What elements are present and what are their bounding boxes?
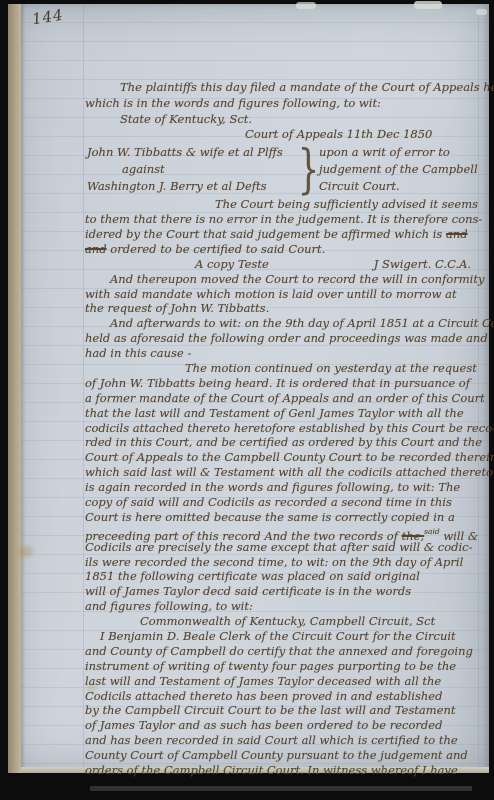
manuscript-line: rded in this Court, and be certified as … bbox=[85, 435, 485, 450]
opening-paragraph: The plaintiffs this day filed a mandate … bbox=[85, 80, 485, 143]
manuscript-segment: J Swigert. C.C.A. bbox=[374, 257, 471, 271]
manuscript-line: And afterwards to wit: on the 9th day of… bbox=[85, 316, 485, 331]
body-paragraphs: The Court being sufficiently advised it … bbox=[85, 197, 485, 778]
manuscript-segment: last will and Testament of James Taylor … bbox=[85, 674, 441, 688]
manuscript-segment: the request of John W. Tibbatts. bbox=[85, 301, 269, 315]
manuscript-line: And thereupon moved the Court to record … bbox=[85, 272, 485, 287]
case-caption: John W. Tibbatts & wife et al Plffs agai… bbox=[85, 144, 485, 195]
manuscript-line: The Court being sufficiently advised it … bbox=[85, 197, 485, 212]
manuscript-line: and figures following, to wit: bbox=[85, 599, 485, 614]
manuscript-line: Codicils attached thereto has been prove… bbox=[85, 689, 485, 704]
manuscript-line: Court is here omitted because the same i… bbox=[85, 510, 485, 525]
manuscript-segment: The plaintiffs this day filed a mandate … bbox=[120, 80, 494, 94]
manuscript-line: codicils attached thereto heretofore est… bbox=[85, 421, 485, 436]
manuscript-segment: and figures following, to wit: bbox=[85, 599, 253, 613]
manuscript-line: idered by the Court that said judgement … bbox=[85, 227, 485, 242]
manuscript-segment: instrument of writing of twenty four pag… bbox=[85, 659, 456, 673]
manuscript-line: to them that there is no error in the ju… bbox=[85, 212, 485, 227]
manuscript-line: The plaintiffs this day filed a mandate … bbox=[85, 80, 485, 96]
manuscript-line: State of Kentucky, Sct. bbox=[85, 112, 485, 128]
manuscript-segment: had in this cause - bbox=[85, 346, 191, 360]
manuscript-line: had in this cause - bbox=[85, 346, 485, 361]
case-caption-court-note: upon a writ of error to judgement of the… bbox=[319, 144, 478, 195]
manuscript-segment: copy of said will and Codicils as record… bbox=[85, 495, 452, 509]
manuscript-segment: Commonwealth of Kentucky, Campbell Circu… bbox=[140, 614, 435, 628]
caption-right-line: judgement of the Campbell bbox=[319, 161, 478, 178]
paper-edge-highlight bbox=[414, 1, 442, 9]
manuscript-line: with said mandate which motion is laid o… bbox=[85, 287, 485, 302]
manuscript-segment: of James Taylor and as such has been ord… bbox=[85, 718, 442, 732]
manuscript-line: last will and Testament of James Taylor … bbox=[85, 674, 485, 689]
manuscript-line: of John W. Tibbatts being heard. It is o… bbox=[85, 376, 485, 391]
photo-backdrop-edge bbox=[90, 786, 472, 791]
manuscript-line: orders of the Campbell Circuit Court. In… bbox=[85, 763, 485, 778]
manuscript-line: and County of Campbell do certify that t… bbox=[85, 644, 485, 659]
manuscript-segment: a former mandate of the Court of Appeals… bbox=[85, 391, 485, 405]
manuscript-segment: of John W. Tibbatts being heard. It is o… bbox=[85, 376, 470, 390]
manuscript-line: the request of John W. Tibbatts. bbox=[85, 301, 485, 316]
manuscript-line: ils were recorded the second time, to wi… bbox=[85, 555, 485, 570]
manuscript-line: by the Campbell Circuit Court to be the … bbox=[85, 703, 485, 718]
manuscript-segment: I Benjamin D. Beale Clerk of the Circuit… bbox=[100, 629, 456, 643]
manuscript-text: The plaintiffs this day filed a mandate … bbox=[85, 80, 485, 778]
manuscript-line: that the last will and Testament of Genl… bbox=[85, 406, 485, 421]
manuscript-line: 1851 the following certificate was place… bbox=[85, 569, 485, 584]
manuscript-segment: 1851 the following certificate was place… bbox=[85, 569, 420, 583]
manuscript-line: Court of Appeals 11th Dec 1850 bbox=[85, 127, 485, 143]
manuscript-segment: ils were recorded the second time, to wi… bbox=[85, 555, 463, 569]
manuscript-page: 144 The plaintiffs this day filed a mand… bbox=[8, 4, 489, 773]
manuscript-segment: is again recorded in the words and figur… bbox=[85, 480, 460, 494]
case-caption-brace: } bbox=[298, 140, 320, 200]
manuscript-segment: with said mandate which motion is laid o… bbox=[85, 287, 457, 301]
caption-right-line: upon a writ of error to bbox=[319, 144, 478, 161]
manuscript-segment: and County of Campbell do certify that t… bbox=[85, 644, 473, 658]
manuscript-segment: And afterwards to wit: on the 9th day of… bbox=[110, 316, 494, 330]
manuscript-segment: Codicils are precisely the same except t… bbox=[85, 540, 473, 554]
manuscript-segment: A copy Teste bbox=[195, 257, 269, 271]
manuscript-line: County Court of Campbell County pursuant… bbox=[85, 748, 485, 763]
manuscript-segment: Court of Appeals 11th Dec 1850 bbox=[245, 127, 432, 141]
manuscript-line: copy of said will and Codicils as record… bbox=[85, 495, 485, 510]
against-label: against bbox=[87, 161, 297, 178]
manuscript-line: The motion continued on yesterday at the… bbox=[85, 361, 485, 376]
manuscript-segment: codicils attached thereto heretofore est… bbox=[85, 421, 494, 435]
manuscript-segment: ordered to be certified to said Court. bbox=[107, 242, 326, 256]
manuscript-line: of James Taylor and as such has been ord… bbox=[85, 718, 485, 733]
manuscript-segment: rded in this Court, and be certified as … bbox=[85, 435, 482, 449]
manuscript-segment: Codicils attached thereto has been prove… bbox=[85, 689, 442, 703]
manuscript-segment: County Court of Campbell County pursuant… bbox=[85, 748, 468, 762]
manuscript-segment: Court is here omitted because the same i… bbox=[85, 510, 455, 524]
manuscript-line: which said last will & Testament with al… bbox=[85, 465, 485, 480]
paper-stain bbox=[18, 546, 33, 557]
manuscript-segment: The Court being sufficiently advised it … bbox=[215, 197, 478, 211]
margin-line-left bbox=[83, 4, 84, 773]
manuscript-line: A copy TesteJ Swigert. C.C.A. bbox=[85, 257, 485, 272]
manuscript-segment: and has been recorded in said Court all … bbox=[85, 733, 458, 747]
manuscript-segment-sup: said bbox=[424, 527, 440, 536]
manuscript-segment: to them that there is no error in the ju… bbox=[85, 212, 482, 226]
manuscript-segment: The motion continued on yesterday at the… bbox=[185, 361, 477, 375]
paper-edge-highlight bbox=[296, 2, 316, 9]
manuscript-line: a former mandate of the Court of Appeals… bbox=[85, 391, 485, 406]
case-caption-parties: John W. Tibbatts & wife et al Plffs agai… bbox=[87, 144, 297, 195]
manuscript-segment: idered by the Court that said judgement … bbox=[85, 227, 446, 241]
page-edge-left bbox=[8, 4, 21, 773]
manuscript-line: is again recorded in the words and figur… bbox=[85, 480, 485, 495]
manuscript-line: and has been recorded in said Court all … bbox=[85, 733, 485, 748]
manuscript-segment: held as aforesaid the following order an… bbox=[85, 331, 488, 345]
manuscript-segment: orders of the Campbell Circuit Court. In… bbox=[85, 763, 458, 777]
caption-right-line: Circuit Court. bbox=[319, 178, 478, 195]
page-number: 144 bbox=[31, 6, 65, 29]
plaintiffs-line: John W. Tibbatts & wife et al Plffs bbox=[87, 144, 297, 161]
manuscript-line: which is in the words and figures follow… bbox=[85, 96, 485, 112]
manuscript-line: Codicils are precisely the same except t… bbox=[85, 540, 485, 555]
manuscript-segment-strike: and bbox=[446, 227, 468, 241]
manuscript-line: Court of Appeals to the Campbell County … bbox=[85, 450, 485, 465]
manuscript-line: instrument of writing of twenty four pag… bbox=[85, 659, 485, 674]
paper-edge-highlight bbox=[476, 9, 487, 15]
manuscript-line: Commonwealth of Kentucky, Campbell Circu… bbox=[85, 614, 485, 629]
manuscript-line: held as aforesaid the following order an… bbox=[85, 331, 485, 346]
manuscript-segment: by the Campbell Circuit Court to be the … bbox=[85, 703, 456, 717]
manuscript-line: preceeding part of this record And the t… bbox=[85, 525, 485, 540]
manuscript-segment: Court of Appeals to the Campbell County … bbox=[85, 450, 494, 464]
manuscript-segment: which is in the words and figures follow… bbox=[85, 96, 381, 110]
manuscript-segment: which said last will & Testament with al… bbox=[85, 465, 493, 479]
manuscript-segment: State of Kentucky, Sct. bbox=[120, 112, 252, 126]
manuscript-segment: And thereupon moved the Court to record … bbox=[110, 272, 484, 286]
manuscript-line: and ordered to be certified to said Cour… bbox=[85, 242, 485, 257]
manuscript-segment: will of James Taylor decd said certifica… bbox=[85, 584, 411, 598]
manuscript-segment-strike: and bbox=[85, 242, 107, 256]
manuscript-line: I Benjamin D. Beale Clerk of the Circuit… bbox=[85, 629, 485, 644]
manuscript-line: will of James Taylor decd said certifica… bbox=[85, 584, 485, 599]
defendants-line: Washington J. Berry et al Defts bbox=[87, 178, 297, 195]
manuscript-segment: that the last will and Testament of Genl… bbox=[85, 406, 464, 420]
